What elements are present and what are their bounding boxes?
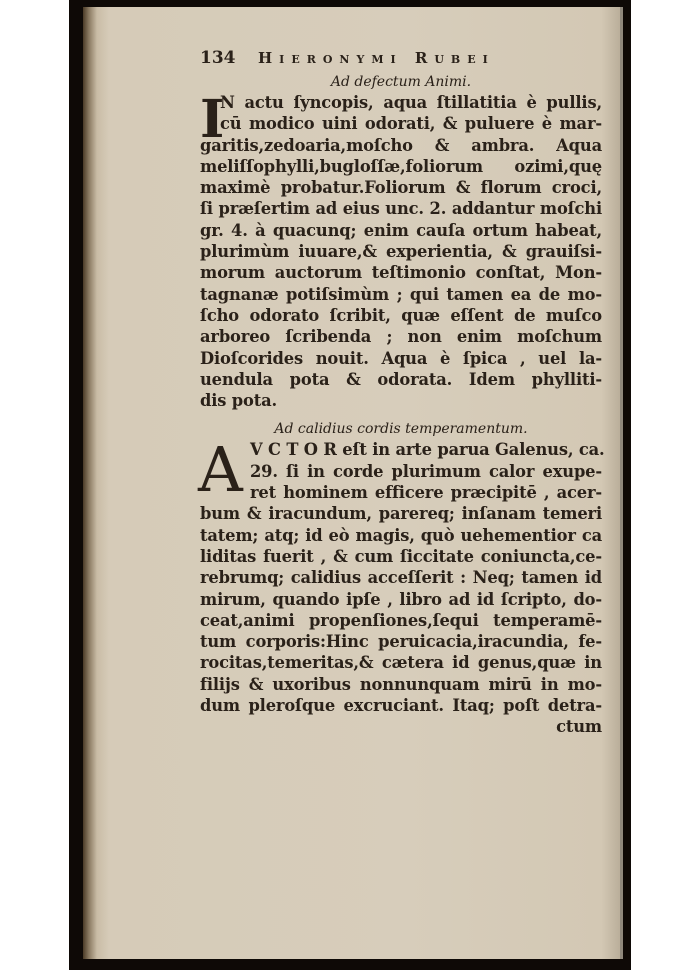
text-line: tatem; atq; id eò magis, quò uehementior… bbox=[200, 525, 602, 546]
catchword: ctum bbox=[200, 716, 602, 737]
text-line: cū modico uini odorati, & puluere è mar- bbox=[200, 113, 602, 134]
running-head: Hieronymi Rubei bbox=[258, 49, 495, 67]
text-line: mirum, quando ipſe , libro ad id ſcripto… bbox=[200, 589, 602, 610]
text-line: tum corporis:Hinc peruicacia,iracundia, … bbox=[200, 631, 602, 652]
text-line: liditas fuerit , & cum ſiccitate coniunc… bbox=[200, 546, 602, 567]
text-line: meliſſophylli,bugloſſæ,foliorum ozimi,qu… bbox=[200, 156, 602, 177]
text-line: Dioſcorides nouit. Aqua è ſpica , uel la… bbox=[200, 348, 602, 369]
text-block: 134 Hieronymi Rubei Ad defectum Animi. I… bbox=[200, 48, 602, 738]
text-line: filijs & uxoribus nonnunquam mirū in mo- bbox=[200, 674, 602, 695]
section-title: Ad calidius cordis temperamentum. bbox=[200, 419, 602, 439]
text-line: rocitas,temeritas,& cætera id genus,quæ … bbox=[200, 652, 602, 673]
text-line: dis pota. bbox=[200, 390, 602, 411]
text-line: 29. ſi in corde plurimum calor exupe- bbox=[200, 461, 602, 482]
paragraph: I N actu ſyncopis, aqua ſtillatitia è pu… bbox=[200, 92, 602, 411]
text-line: maximè probatur.Foliorum & florum croci, bbox=[200, 177, 602, 198]
text-line: arboreo ſcribenda ; non enim moſchum bbox=[200, 326, 602, 347]
page-number: 134 bbox=[200, 48, 258, 68]
text-line: bum & iracundum, parereq; inſanam temeri bbox=[200, 503, 602, 524]
text-line: ſi præſertim ad eius unc. 2. addantur mo… bbox=[200, 198, 602, 219]
text-line: gr. 4. à quacunq; enim cauſa ortum habea… bbox=[200, 220, 602, 241]
section-title: Ad defectum Animi. bbox=[200, 72, 602, 92]
text-line: ceat,animi propenſiones,ſequi temperamē- bbox=[200, 610, 602, 631]
text-line: uendula pota & odorata. Idem phylliti- bbox=[200, 369, 602, 390]
page-header: 134 Hieronymi Rubei bbox=[200, 48, 602, 72]
text-line: ret hominem efficere præcipitē , acer- bbox=[200, 482, 602, 503]
paragraph: A V C T O R eſt in arte parua Galenus, c… bbox=[200, 439, 602, 737]
text-line: morum auctorum teſtimonio conſtat, Mon- bbox=[200, 262, 602, 283]
text-line: V C T O R eſt in arte parua Galenus, ca. bbox=[200, 439, 602, 460]
drop-cap: I bbox=[200, 94, 224, 146]
text-line: tagnanæ potiſsimùm ; qui tamen ea de mo- bbox=[200, 284, 602, 305]
text-line: rebrumq; calidius acceſſerit : Neq; tame… bbox=[200, 567, 602, 588]
text-line: ſcho odorato ſcribit, quæ eſſent de muſc… bbox=[200, 305, 602, 326]
text-line: dum pleroſque excruciant. Itaq; poſt det… bbox=[200, 695, 602, 716]
drop-cap: A bbox=[198, 439, 243, 501]
text-line: garitis,zedoaria,moſcho & ambra. Aqua bbox=[200, 135, 602, 156]
text-line: N actu ſyncopis, aqua ſtillatitia è pull… bbox=[200, 92, 602, 113]
text-line: plurimùm iuuare,& experientia, & grauiſs… bbox=[200, 241, 602, 262]
